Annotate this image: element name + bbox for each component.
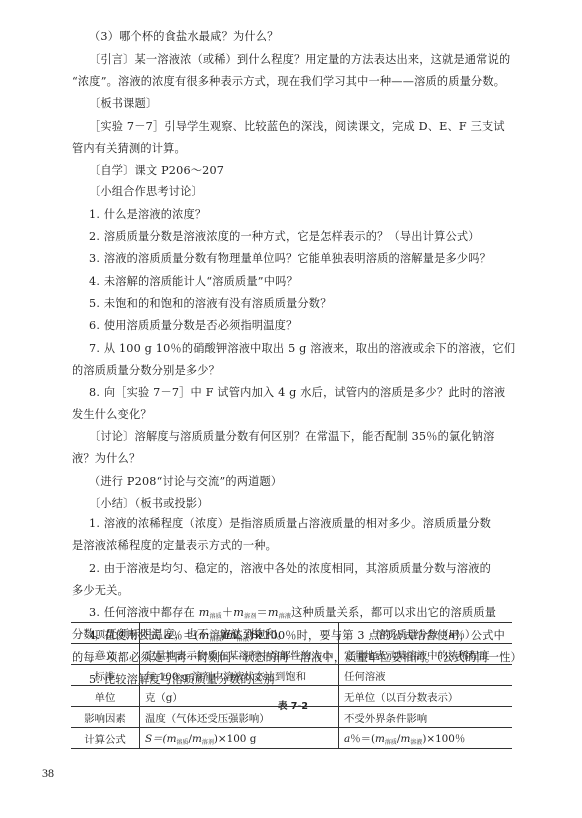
discussion-question-7-line-2: 的溶质质量分数分别是多少？ xyxy=(72,364,220,378)
mass-fraction-cell: 定量地表示某溶液中的浓稀程度 xyxy=(339,644,513,665)
group-discussion-label: 〔小组合作思考讨论〕 xyxy=(89,185,203,199)
discussion-line-1: 〔讨论〕溶解度与溶质质量分数有何区别？在常温下，能否配制 35％的氯化钠溶 xyxy=(89,430,495,444)
page-number: 38 xyxy=(42,766,54,781)
experiment-line-2: 管内有关猜测的计算。 xyxy=(72,142,186,156)
discussion-question-3: 3. 溶液的溶质质量分数有物理量单位吗？它能单独表明溶质的溶解量是多少吗？ xyxy=(89,252,491,266)
solubility-formula: S＝(m溶质/m溶剂)×100 g xyxy=(140,728,339,749)
discussion-question-4: 4. 未溶解的溶质能计人“溶质质量”中吗？ xyxy=(89,275,298,289)
self-study-label: 〔自学〕课文 P206～207 xyxy=(89,164,224,178)
solubility-cell: 克（g） xyxy=(140,686,339,707)
comparison-table: 项目 溶解度（S） 溶质质量分数（a％） 意义 定量地表示物质在某溶剂中溶解性的… xyxy=(71,622,512,749)
row-label: 计算公式 xyxy=(71,728,140,749)
summary-2-line-2: 多少无关。 xyxy=(72,584,129,598)
mass-fraction-cell: 任何溶液 xyxy=(339,665,513,686)
discussion-question-2: 2. 溶质质量分数是溶液浓度的一种方式，它是怎样表示的？（导出计算公式） xyxy=(89,230,480,244)
table-row: 单位 克（g） 无单位（以百分数表示） xyxy=(71,686,512,707)
row-label: 影响因素 xyxy=(71,707,140,728)
intro-line-2: “浓度”。溶液的浓度有很多种表示方式，现在我们学习其中一种——溶质的质量分数。 xyxy=(72,75,505,89)
row-label: 标准 xyxy=(71,665,140,686)
board-title-label: 〔板书课题〕 xyxy=(89,97,157,111)
header-solubility: 溶解度（S） xyxy=(140,623,339,644)
discussion-question-6: 6. 使用溶质质量分数是否必须指明温度？ xyxy=(89,319,297,333)
solubility-cell: 每 100 g 溶剂中溶液状态达到饱和 xyxy=(140,665,339,686)
mass-fraction-cell: 无单位（以百分数表示） xyxy=(339,686,513,707)
table-row: 影响因素 温度（气体还受压强影响） 不受外界条件影响 xyxy=(71,707,512,728)
solubility-cell: 定量地表示物质在某溶剂中溶解性的大小 xyxy=(140,644,339,665)
question-3: （3）哪个杯的食盐水最咸？为什么？ xyxy=(89,30,279,44)
discussion-question-1: 1. 什么是溶液的浓度？ xyxy=(89,208,206,222)
solubility-cell: 温度（气体还受压强影响） xyxy=(140,707,339,728)
summary-1-line-2: 是溶液浓稀程度的定量表示方式的一种。 xyxy=(72,539,277,553)
summary-1-line-1: 1. 溶液的浓稀程度（浓度）是指溶质质量占溶液质量的相对多少。溶质质量分数 xyxy=(89,517,491,531)
header-mass-fraction: 溶质质量分数（a％） xyxy=(339,623,513,644)
table-row: 意义 定量地表示物质在某溶剂中溶解性的大小 定量地表示某溶液中的浓稀程度 xyxy=(71,644,512,665)
table-row-formula: 计算公式 S＝(m溶质/m溶剂)×100 g a％＝(m溶质/m溶液)×100％ xyxy=(71,728,512,749)
discussion-question-8-line-1: 8. 向［实验 7－7］中 F 试管内加入 4 g 水后，试管内的溶质是多少？此… xyxy=(89,386,505,400)
row-label: 单位 xyxy=(71,686,140,707)
header-item: 项目 xyxy=(71,623,140,644)
mass-fraction-cell: 不受外界条件影响 xyxy=(339,707,513,728)
discussion-question-7-line-1: 7. 从 100 g 10％的硝酸钾溶液中取出 5 g 溶液来，取出的溶液或余下… xyxy=(89,342,515,356)
summary-2-line-1: 2. 由于溶液是均匀、稳定的，溶液中各处的浓度相同，其溶质质量分数与溶液的 xyxy=(89,562,491,576)
table-header-row: 项目 溶解度（S） 溶质质量分数（a％） xyxy=(71,623,512,644)
exchange-note: （进行 P208“讨论与交流”的两道题） xyxy=(89,475,282,489)
discussion-line-2: 液？为什么？ xyxy=(72,452,140,466)
mass-fraction-formula: a％＝(m溶质/m溶液)×100％ xyxy=(339,728,513,749)
intro-line-1: 〔引言〕某一溶液浓（或稀）到什么程度？用定量的方法表达出来，这就是通常说的 xyxy=(89,53,510,67)
experiment-line-1: ［实验 7－7］引导学生观察、比较蓝色的深浅，阅读课文，完成 D、E、F 三支试 xyxy=(89,120,505,134)
summary-label: 〔小结〕（板书或投影） xyxy=(89,497,209,511)
discussion-question-5: 5. 未饱和的和饱和的溶液有没有溶质质量分数？ xyxy=(89,297,332,311)
row-label: 意义 xyxy=(71,644,140,665)
table-row: 标准 每 100 g 溶剂中溶液状态达到饱和 任何溶液 xyxy=(71,665,512,686)
discussion-question-8-line-2: 发生什么变化？ xyxy=(72,408,152,422)
